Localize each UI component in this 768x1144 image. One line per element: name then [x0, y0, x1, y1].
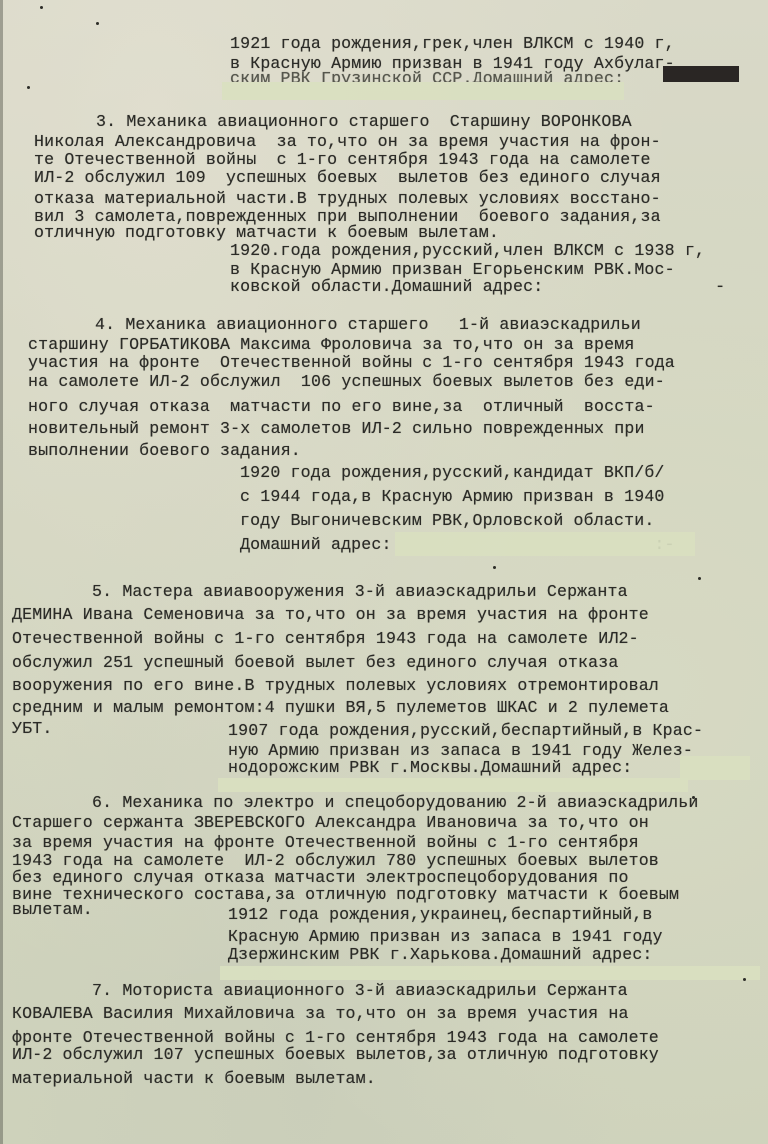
entry-4-body-line: 4. Механика авиационного старшего 1-й ав…	[95, 316, 641, 334]
entry-7-body-line: материальной части к боевым вылетам.	[12, 1070, 376, 1088]
entry-2-bio-line: 1921 года рождения,грек,член ВЛКСМ с 194…	[230, 35, 675, 53]
scan-speck	[40, 6, 43, 9]
entry-4-bio-line: году Выгоничевским РВК,Орловской области…	[240, 512, 654, 530]
entry-5-body-line: 5. Мастера авиавооружения 3-й авиаэскадр…	[92, 583, 628, 601]
entry-7-body-line: 7. Моториста авиационного 3-й авиаэскадр…	[92, 982, 628, 1000]
entry-6-body-line: 6. Механика по электро и спецоборудовани…	[92, 794, 698, 812]
entry-4-body-line: выполнении боевого задания.	[28, 442, 301, 460]
entry-3-body-line: Николая Александровича за то,что он за в…	[34, 133, 661, 151]
entry-3-bio-line: 1920.года рождения,русский,член ВЛКСМ с …	[230, 242, 705, 260]
entry-2-bio-line: ским РВК Грузинской ССР.Домашний адрес:	[230, 70, 624, 82]
entry-5-body-line: УБТ.	[12, 720, 52, 738]
entry-6-body-line: вылетам.	[12, 901, 93, 919]
entry-5-body-line: вооружения по его вине.В трудных полевых…	[12, 677, 659, 695]
entry-3-body-line: ИЛ-2 обслужил 109 успешных боевых вылето…	[34, 169, 661, 187]
scanned-document-page: 1921 года рождения,грек,член ВЛКСМ с 194…	[0, 0, 768, 1144]
redaction-box	[395, 532, 695, 556]
entry-5-body-line: обслужил 251 успешный боевой вылет без е…	[12, 654, 618, 672]
redaction-box	[220, 966, 760, 980]
entry-6-bio-line: 1912 года рождения,украинец,беспартийный…	[228, 906, 653, 924]
entry-6-body-line: Старшего сержанта ЗВЕРЕВСКОГО Александра…	[12, 814, 649, 832]
entry-6-body-line: вине технического состава,за отличную по…	[12, 886, 679, 904]
scan-speck	[493, 566, 496, 569]
scan-speck	[96, 22, 99, 25]
entry-3-body-line: отказа материальной части.В трудных поле…	[34, 190, 661, 208]
redaction-box-dark	[663, 66, 739, 82]
entry-5-body-line: Отечественной войны с 1-го сентября 1943…	[12, 630, 639, 648]
entry-5-bio-line: 1907 года рождения,русский,беспартийный,…	[228, 722, 703, 740]
entry-4-body-line: старшину ГОРБАТИКОВА Максима Фроловича з…	[28, 336, 634, 354]
entry-5-bio-line: нодорожским РВК г.Москвы.Домашний адрес:	[228, 759, 632, 777]
entry-3-body-line: отличную подготовку матчасти к боевым вы…	[34, 224, 499, 242]
entry-5-body-line: средним и малым ремонтом:4 пушки ВЯ,5 пу…	[12, 699, 669, 717]
redaction-box	[218, 778, 688, 792]
entry-3-body-line: те Отечественной войны с 1-го сентября 1…	[34, 151, 651, 169]
redaction-box	[222, 82, 624, 100]
scan-speck	[698, 577, 701, 580]
entry-7-body-line: ИЛ-2 обслужил 107 успешных боевых вылето…	[12, 1046, 659, 1064]
entry-4-body-line: участия на фронте Отечественной войны с …	[28, 354, 675, 372]
entry-4-bio-line: с 1944 года,в Красную Армию призван в 19…	[240, 488, 665, 506]
scan-speck	[692, 796, 695, 799]
entry-4-body-line: новительный ремонт 3-х самолетов ИЛ-2 си…	[28, 420, 645, 438]
scan-speck	[743, 978, 746, 981]
redaction-box	[680, 756, 750, 780]
entry-3-body-line: 3. Механика авиационного старшего Старши…	[96, 113, 632, 131]
entry-6-bio-line: Дзержинским РВК г.Харькова.Домашний адре…	[228, 946, 653, 964]
entry-6-bio-line: Красную Армию призван из запаса в 1941 г…	[228, 928, 663, 946]
entry-6-body-line: за время участия на фронте Отечественной…	[12, 834, 639, 852]
entry-4-bio-line: 1920 года рождения,русский,кандидат ВКП/…	[240, 464, 665, 482]
scan-speck	[27, 86, 30, 89]
entry-4-body-line: на самолете ИЛ-2 обслужил 106 успешных б…	[28, 373, 665, 391]
entry-7-body-line: КОВАЛЕВА Василия Михайловича за то,что о…	[12, 1005, 629, 1023]
entry-5-body-line: ДЕМИНА Ивана Семеновича за то,что он за …	[12, 606, 649, 624]
entry-4-body-line: ного случая отказа матчасти по его вине,…	[28, 398, 655, 416]
entry-3-bio-line: ковской области.Домашний адрес: -	[230, 278, 725, 296]
